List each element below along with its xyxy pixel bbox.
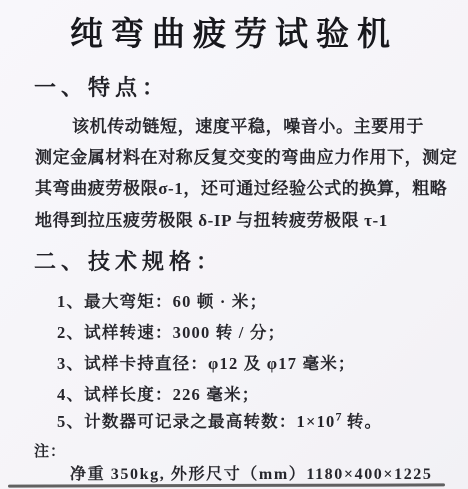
spec-item-text: 1、最大弯矩：60 顿 · 米； — [57, 292, 267, 311]
features-paragraph-line: 测定金属材料在对称反复交变的弯曲应力作用下，测定 — [35, 143, 450, 168]
spec-item-text: 转。 — [342, 412, 383, 431]
spec-item-specimen-speed: 2、试样转速：3000 转 / 分； — [57, 319, 285, 343]
spec-item-text: 2、试样转速：3000 转 / 分； — [57, 323, 285, 342]
scan-edge-artifact — [8, 483, 445, 487]
scanned-document-page: 纯弯曲疲劳试验机 一、特点： 该机传动链短，速度平稳，噪音小。主要用于 测定金属… — [0, 0, 468, 489]
spec-item-counter-max-revolutions: 5、计数器可记录之最高转数：1×107 转。 — [57, 408, 382, 432]
page-title: 纯弯曲疲劳试验机 — [0, 8, 468, 55]
section-features-heading: 一、特点： — [34, 71, 169, 102]
note-text: 净重 350kg, 外形尺寸（mm）1180×400×1225 — [70, 461, 433, 484]
features-paragraph-line: 其弯曲疲劳极限σ-1，还可通过经验公式的换算，粗略 — [35, 174, 450, 199]
features-paragraph-line: 地得到拉压疲劳极限 δ-IP 与扭转疲劳极限 τ-1 — [35, 206, 450, 231]
spec-item-clamping-diameter: 3、试样卡持直径：φ12 及 φ17 毫米； — [57, 350, 356, 374]
spec-item-text: 4、试样长度：226 毫米； — [57, 385, 259, 404]
spec-item-max-bending-moment: 1、最大弯矩：60 顿 · 米； — [57, 288, 267, 312]
spec-item-text: 5、计数器可记录之最高转数：1×10 — [57, 412, 336, 431]
features-paragraph-line: 该机传动链短，速度平稳，噪音小。主要用于 — [72, 112, 468, 137]
spec-item-specimen-length: 4、试样长度：226 毫米； — [57, 381, 259, 405]
spec-item-text: 3、试样卡持直径：φ12 及 φ17 毫米； — [57, 354, 356, 373]
section-specs-heading: 二、技术规格： — [34, 245, 223, 276]
note-label: 注： — [34, 440, 66, 461]
